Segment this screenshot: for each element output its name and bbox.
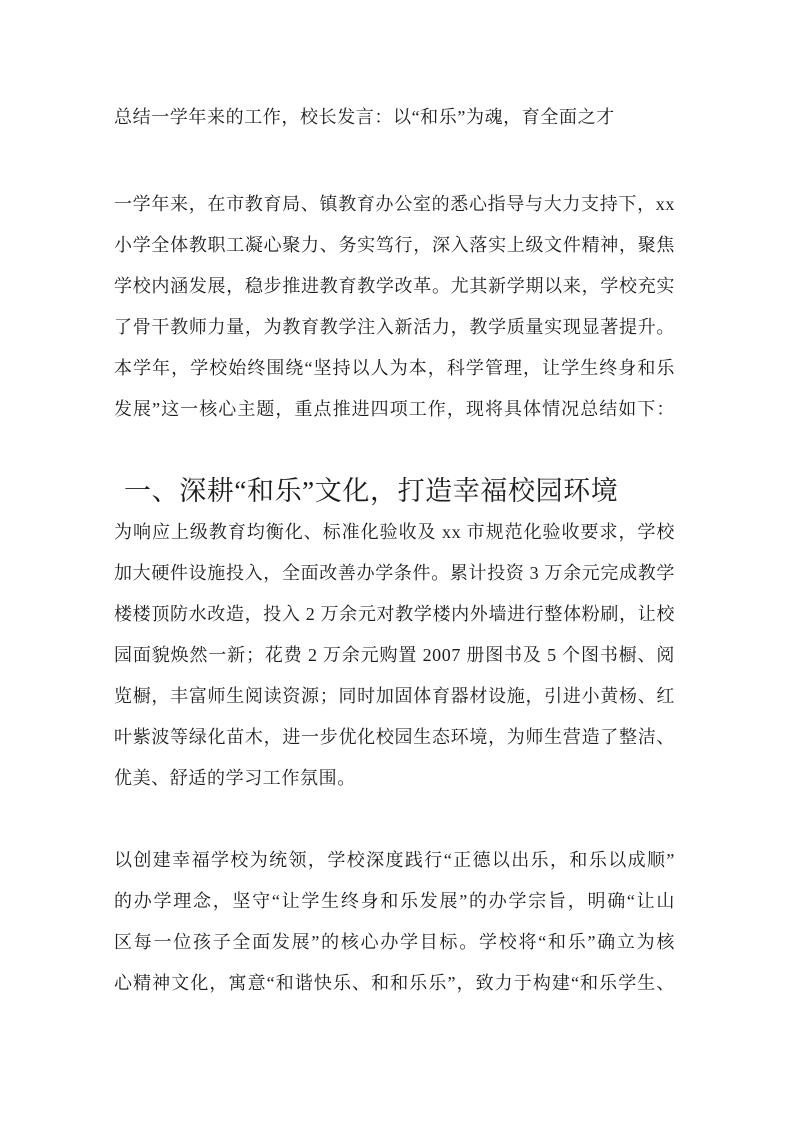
text-line: 心精神文化，寓意“和谐快乐、和和乐乐”，致力于构建“和乐学生、 [114, 963, 675, 1004]
document-page: 总结一学年来的工作，校长发言：以“和乐”为魂，育全面之才 一学年来，在市教育局、… [0, 0, 793, 1122]
text-line: 优美、舒适的学习工作氛围。 [114, 758, 675, 799]
text-line: 览橱，丰富师生阅读资源；同时加固体育器材设施，引进小黄杨、红 [114, 676, 675, 717]
document-title: 总结一学年来的工作，校长发言：以“和乐”为魂，育全面之才 [114, 97, 675, 138]
text-line: 学校内涵发展，稳步推进教育教学改革。尤其新学期以来，学校充实 [114, 266, 675, 307]
text-line: 园面貌焕然一新；花费 2 万余元购置 2007 册图书及 5 个图书橱、阅 [114, 635, 675, 676]
text-line: 为响应上级教育均衡化、标准化验收及 xx 市规范化验收要求，学校 [114, 512, 675, 553]
text-line: 小学全体教职工凝心聚力、务实笃行，深入落实上级文件精神，聚焦 [114, 225, 675, 266]
text-line: 叶紫波等绿化苗木，进一步优化校园生态环境，为师生营造了整洁、 [114, 717, 675, 758]
text-line: 以创建幸福学校为统领，学校深度践行“正德以出乐，和乐以成顺” [114, 840, 675, 881]
text-line: 本学年，学校始终围绕“坚持以人为本，科学管理，让学生终身和乐 [114, 348, 675, 389]
intro-paragraph: 一学年来，在市教育局、镇教育办公室的悉心指导与大力支持下，xx 小学全体教职工凝… [114, 184, 675, 430]
text-line: 了骨干教师力量，为教育教学注入新活力，教学质量实现显著提升。 [114, 307, 675, 348]
text-line: 发展”这一核心主题，重点推进四项工作，现将具体情况总结如下： [114, 389, 675, 430]
text-line: 加大硬件设施投入，全面改善办学条件。累计投资 3 万余元完成教学 [114, 553, 675, 594]
text-line: 楼楼顶防水改造，投入 2 万余元对教学楼内外墙进行整体粉刷，让校 [114, 594, 675, 635]
facilities-paragraph: 为响应上级教育均衡化、标准化验收及 xx 市规范化验收要求，学校 加大硬件设施投… [114, 512, 675, 799]
section1-heading: 一、深耕“和乐”文化，打造幸福校园环境 [114, 471, 675, 512]
text-line: 的办学理念，坚守“让学生终身和乐发展”的办学宗旨，明确“让山 [114, 881, 675, 922]
culture-paragraph: 以创建幸福学校为统领，学校深度践行“正德以出乐，和乐以成顺” 的办学理念，坚守“… [114, 840, 675, 1004]
text-line: 区每一位孩子全面发展”的核心办学目标。学校将“和乐”确立为核 [114, 922, 675, 963]
text-line: 一学年来，在市教育局、镇教育办公室的悉心指导与大力支持下，xx [114, 184, 675, 225]
